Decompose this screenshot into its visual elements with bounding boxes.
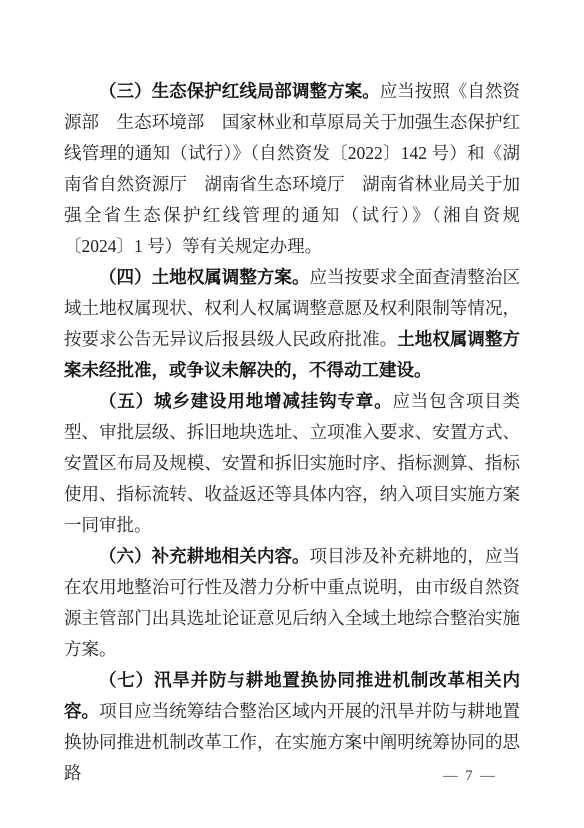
paragraph-5-body: 应当包含项目类型、审批层级、拆旧地块选址、立项准入要求、安置方式、安置区布局及规… — [64, 391, 520, 535]
paragraph-5: （五）城乡建设用地增减挂钩专章。应当包含项目类型、审批层级、拆旧地块选址、立项准… — [64, 386, 520, 541]
document-page: （三）生态保护红线局部调整方案。应当按照《自然资源部 生态环境部 国家林业和草原… — [64, 76, 520, 789]
paragraph-6: （六）补充耕地相关内容。项目涉及补充耕地的，应当在农用地整治可行性及潜力分析中重… — [64, 541, 520, 665]
page-number: — 7 — — [438, 768, 502, 785]
paragraph-6-heading: （六）补充耕地相关内容。 — [99, 546, 310, 566]
paragraph-3-body: 应当按照《自然资源部 生态环境部 国家林业和草原局关于加强生态保护红线管理的通知… — [64, 81, 520, 256]
paragraph-4: （四）土地权属调整方案。应当按要求全面查清整治区域土地权属现状、权利人权属调整意… — [64, 262, 520, 386]
paragraph-5-heading: （五）城乡建设用地增减挂钩专章。 — [99, 391, 392, 411]
paragraph-3: （三）生态保护红线局部调整方案。应当按照《自然资源部 生态环境部 国家林业和草原… — [64, 76, 520, 262]
paragraph-3-heading: （三）生态保护红线局部调整方案。 — [99, 81, 380, 101]
paragraph-4-heading: （四）土地权属调整方案。 — [99, 267, 310, 287]
